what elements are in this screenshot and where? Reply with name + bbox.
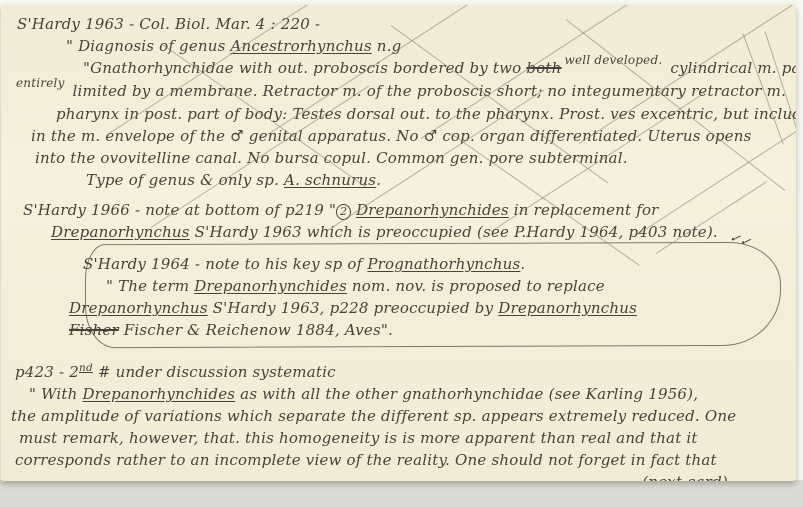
handwritten-text: Drepanorhynchus	[69, 299, 208, 317]
handwritten-text: Fisher	[69, 321, 119, 339]
handwritten-text: Fischer & Reichenow 1884, Aves".	[119, 321, 393, 339]
handwritten-text: the amplitude of variations which separa…	[11, 407, 736, 425]
handwritten-line: Drepanorhynchus S'Hardy 1963, p228 preoc…	[11, 297, 790, 319]
handwritten-text: n.g	[372, 37, 402, 55]
handwritten-text: nom. nov. is proposed to replace	[347, 277, 605, 295]
handwritten-text: S'Hardy 1963 which is preoccupied (see P…	[190, 223, 718, 241]
handwritten-text: " The term	[106, 277, 194, 295]
handwritten-text: # under discussion systematic	[93, 363, 336, 381]
handwritten-text: .	[520, 255, 525, 273]
handwritten-line: corresponds rather to an incomplete view…	[11, 449, 790, 471]
handwritten-text: nd	[79, 362, 93, 374]
handwritten-line: Fisher Fischer & Reichenow 1884, Aves".	[11, 319, 790, 341]
handwritten-line: must remark, however, that. this homogen…	[11, 427, 790, 449]
handwritten-text: S'Hardy 1963, p228 preoccupied by	[208, 299, 499, 317]
handwritten-line: "Gnathorhynchidae with out. proboscis bo…	[11, 57, 790, 80]
handwritten-text: " Diagnosis of genus	[66, 37, 231, 55]
handwritten-line: " With Drepanorhynchides as with all the…	[11, 383, 790, 405]
handwritten-text: (next card)	[642, 473, 728, 481]
handwritten-line: p423 - 2nd # under discussion systematic	[11, 357, 790, 383]
handwritten-text: 2	[336, 204, 351, 220]
handwritten-text: Prognathorhynchus	[367, 255, 520, 273]
handwritten-line: Drepanorhynchus S'Hardy 1963 which is pr…	[11, 221, 790, 243]
handwritten-line: S'Hardy 1963 - Col. Biol. Mar. 4 : 220 -	[11, 13, 790, 35]
card-lines: S'Hardy 1963 - Col. Biol. Mar. 4 : 220 -…	[11, 13, 790, 481]
index-card: S'Hardy 1963 - Col. Biol. Mar. 4 : 220 -…	[1, 5, 796, 481]
handwritten-line: the amplitude of variations which separa…	[11, 405, 790, 427]
handwritten-text: well developed.	[565, 49, 663, 71]
handwritten-line: " Diagnosis of genus Ancestrorhynchus n.…	[11, 35, 790, 57]
handwritten-text: both	[526, 59, 561, 77]
handwritten-text: into the ovovitelline canal. No bursa co…	[35, 149, 628, 167]
handwritten-text: Drepanorhynchus	[498, 299, 637, 317]
handwritten-text: cylindrical m. pads &	[665, 59, 796, 77]
handwritten-text: pharynx in post. part of body: Testes do…	[56, 105, 796, 123]
handwritten-line: S'Hardy 1964 - note to his key sp of Pro…	[11, 253, 790, 275]
handwritten-line: into the ovovitelline canal. No bursa co…	[11, 147, 790, 169]
handwritten-text: Type of genus & only sp.	[86, 171, 284, 189]
handwritten-line: in the m. envelope of the ♂ genital appa…	[11, 125, 790, 147]
handwritten-line: S'Hardy 1966 - note at bottom of p219 "2…	[11, 199, 790, 221]
handwritten-line: entirely limited by a membrane. Retracto…	[11, 80, 790, 103]
handwritten-text: limited by a membrane. Retractor m. of t…	[68, 82, 787, 100]
handwritten-text: entirely	[16, 72, 65, 94]
scanned-page: S'Hardy 1963 - Col. Biol. Mar. 4 : 220 -…	[0, 0, 803, 507]
handwritten-text: S'Hardy 1964 - note to his key sp of	[83, 255, 367, 273]
handwritten-text: A. schnurus	[284, 171, 376, 189]
handwritten-text: S'Hardy 1966 - note at bottom of p219 "	[23, 201, 336, 219]
handwritten-text: as with all the other gnathorhynchidae (…	[235, 385, 698, 403]
handwritten-text: Drepanorhynchus	[51, 223, 190, 241]
handwritten-text: " With	[29, 385, 82, 403]
handwritten-text: corresponds rather to an incomplete view…	[15, 451, 717, 469]
handwritten-line: (next card)	[11, 471, 790, 481]
scan-background-band	[0, 480, 803, 507]
handwritten-text: Drepanorhynchides	[194, 277, 347, 295]
handwritten-text: must remark, however, that. this homogen…	[19, 429, 698, 447]
handwritten-text: Drepanorhynchides	[356, 201, 509, 219]
handwritten-text: .	[376, 171, 381, 189]
handwritten-text: Ancestrorhynchus	[231, 37, 372, 55]
handwritten-text: in replacement for	[509, 201, 659, 219]
handwritten-text: "Gnathorhynchidae with out. proboscis bo…	[83, 59, 526, 77]
handwritten-text: S'Hardy 1963 - Col. Biol. Mar. 4 : 220 -	[17, 15, 320, 33]
handwritten-text: p423 - 2	[15, 363, 79, 381]
handwritten-text: in the m. envelope of the ♂ genital appa…	[31, 127, 751, 145]
handwritten-text: Drepanorhynchides	[82, 385, 235, 403]
handwritten-line: Type of genus & only sp. A. schnurus.	[11, 169, 790, 191]
handwritten-line: " The term Drepanorhynchides nom. nov. i…	[11, 275, 790, 297]
handwritten-line: pharynx in post. part of body: Testes do…	[11, 103, 790, 125]
